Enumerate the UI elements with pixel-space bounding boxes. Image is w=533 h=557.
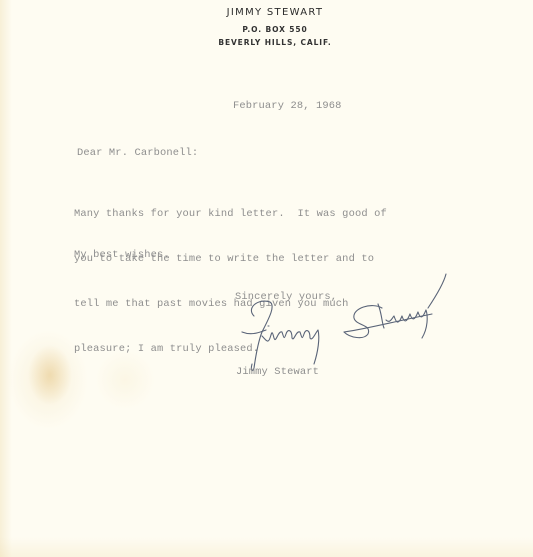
letterhead-name: JIMMY STEWART bbox=[195, 6, 355, 20]
letterhead-city: BEVERLY HILLS, CALIF. bbox=[195, 36, 355, 49]
closing-wish: My best wishes. bbox=[74, 249, 170, 261]
body-line: Many thanks for your kind letter. It was… bbox=[74, 207, 387, 222]
typed-signature-name: Jimmy Stewart bbox=[236, 366, 319, 378]
letterhead: JIMMY STEWART P.O. BOX 550 BEVERLY HILLS… bbox=[195, 6, 355, 49]
handwritten-signature bbox=[232, 268, 452, 378]
salutation: Dear Mr. Carbonell: bbox=[77, 147, 198, 159]
letter-date: February 28, 1968 bbox=[233, 100, 342, 112]
letterhead-po-box: P.O. BOX 550 bbox=[195, 23, 355, 36]
letter-paper: JIMMY STEWART P.O. BOX 550 BEVERLY HILLS… bbox=[0, 0, 533, 557]
